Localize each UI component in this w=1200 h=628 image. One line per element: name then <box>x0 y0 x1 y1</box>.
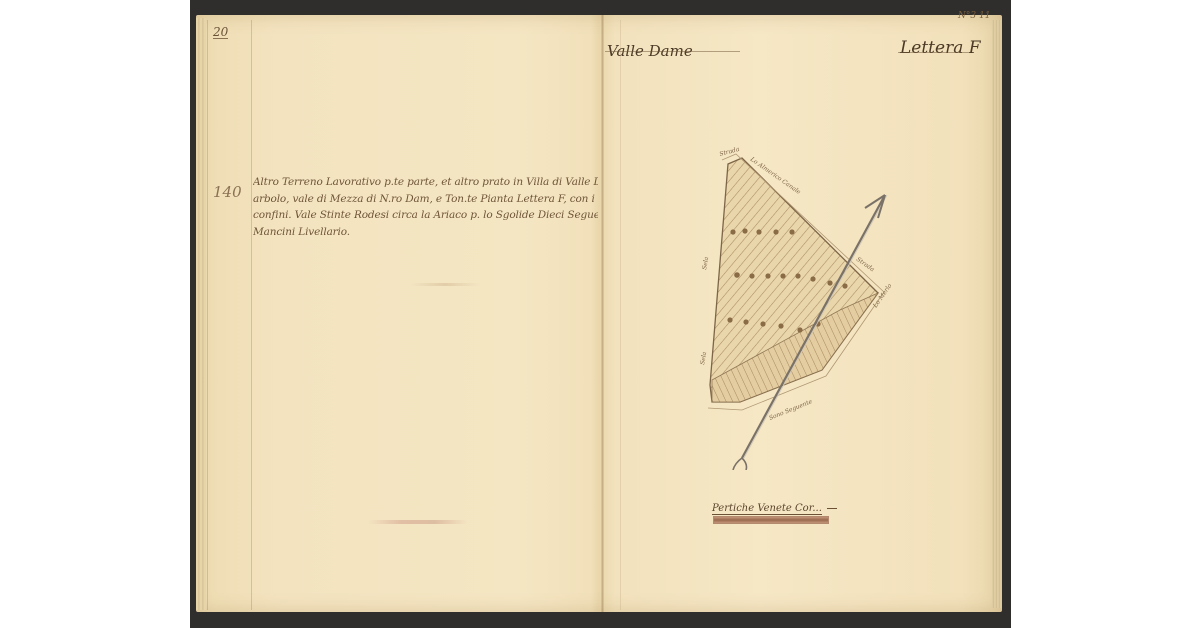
location-heading-rule <box>605 51 740 52</box>
entry-number: 140 <box>213 183 242 201</box>
right-margin-rule <box>620 20 621 610</box>
scale-label: Pertiche Venete Cor... <box>712 503 822 515</box>
entry-text: Altro Terreno Lavorativo p.te parte, et … <box>253 174 598 240</box>
folio-number: 20 <box>213 26 228 39</box>
boundary-label-east: Strada <box>855 256 876 274</box>
faint-mark <box>410 283 480 286</box>
letter-heading: Lettera F <box>900 38 981 58</box>
letter-heading-rule <box>898 52 968 53</box>
left-page-edges <box>196 18 206 610</box>
right-page-edges <box>992 20 1002 608</box>
parcel-map: Strada Lo Almerico Canale Strada Lo Merl… <box>690 140 900 470</box>
boundary-label-west-lower: Sela <box>699 351 708 366</box>
catalog-mark: N°3 11 <box>958 11 990 21</box>
left-outer-rule <box>207 20 208 610</box>
scale-bar <box>713 516 829 524</box>
entry-line-3: confini. Vale Stinte Rodesi circa la Ari… <box>253 207 598 224</box>
book-gutter <box>601 15 604 612</box>
boundary-label-north: Strada <box>719 146 741 158</box>
boundary-label-west-upper: Sela <box>701 256 710 271</box>
entry-line-2: arbolo, vale di Mezza di N.ro Dam, e Ton… <box>253 191 598 208</box>
entry-line-1: Altro Terreno Lavorativo p.te parte, et … <box>253 174 598 191</box>
entry-line-4: Mancini Livellario. <box>253 224 598 241</box>
ink-smudge <box>368 520 468 524</box>
left-margin-rule <box>251 20 252 610</box>
scale-label-flourish <box>827 508 837 513</box>
